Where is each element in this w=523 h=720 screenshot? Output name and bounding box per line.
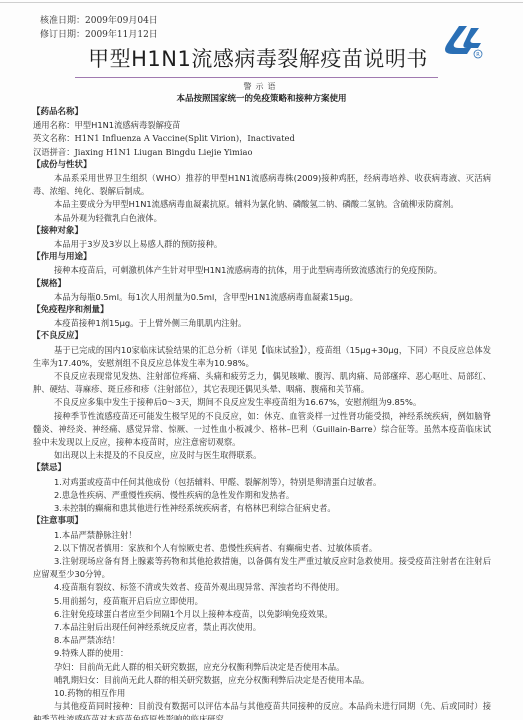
document-body: 【药品名称】 通用名称：甲型H1N1流感病毒裂解疫苗 英文名称：H1N1 Inf… [33, 106, 491, 720]
dates-block: 核准日期：2009年09月04日 修订日期：2009年11月12日 [40, 14, 158, 42]
list-item: 9.特殊人群的使用： [33, 647, 491, 660]
paragraph: 不良反应多集中发生于接种后0～3天，期间不良反应发生率疫苗组为16.67%，安慰… [33, 396, 491, 409]
list-item: 哺乳期妇女：目前尚无此人群的相关研究数据，应充分权衡利弊后决定是否使用本品。 [33, 674, 491, 687]
section-spec: 【规格】 本品为每瓶0.5ml。每1次人用剂量为0.5ml，含甲型H1N1流感病… [33, 278, 491, 304]
approval-date: 核准日期：2009年09月04日 [40, 14, 158, 28]
paragraph: 与其他疫苗同时接种：目前没有数据可以评估本品与其他疫苗共同接种的反应。本品尚未进… [33, 700, 491, 720]
list-item: 1.对鸡蛋或疫苗中任何其他成份（包括辅料、甲醛、裂解剂等），特别是卵清蛋白过敏者… [33, 476, 491, 489]
list-item: 10.药物的相互作用 [33, 687, 491, 700]
paragraph: 本疫苗接种1剂15μg。于上臂外侧三角肌肌内注射。 [33, 317, 491, 330]
paragraph: 本品系采用世界卫生组织（WHO）推荐的甲型H1N1流感病毒株(2009)接种鸡胚… [33, 172, 491, 198]
list-item: 7.本品注射后出现任何神经系统反应者，禁止再次使用。 [33, 621, 491, 634]
section-composition: 【成份与性状】 本品系采用世界卫生组织（WHO）推荐的甲型H1N1流感病毒株(2… [33, 159, 491, 225]
title-divider [75, 77, 438, 78]
list-item: 2.以下情况者慎用：家族和个人有惊厥史者、患慢性疾病者、有癫痫史者、过敏体质者。 [33, 542, 491, 555]
section-heading: 【注意事项】 [32, 515, 491, 528]
list-item: 3.注射现场应备有肾上腺素等药物和其他抢救措施，以备偶有发生严重过敏反应时急救使… [33, 555, 491, 581]
paragraph: 不良反应表现常见发热、注射部位疼痛、头痛和疲劳乏力，偶见咳嗽、腹泻、肌肉痛、局部… [33, 370, 491, 396]
page-title: 甲型H1N1流感病毒裂解疫苗说明书 [78, 46, 438, 72]
section-usage: 【作用与用途】 接种本疫苗后，可刺激机体产生针对甲型H1N1流感病毒的抗体，用于… [33, 251, 491, 277]
section-heading: 【药品名称】 [32, 106, 491, 119]
paragraph: 本品主要成分为甲型H1N1流感病毒血凝素抗原。辅料为氯化钠、磷酸氢二钠、磷酸二氢… [33, 198, 491, 211]
section-dosage: 【免疫程序和剂量】 本疫苗接种1剂15μg。于上臂外侧三角肌肌内注射。 [33, 304, 491, 330]
list-item: 8.本品严禁冻结！ [33, 634, 491, 647]
generic-name: 通用名称：甲型H1N1流感病毒裂解疫苗 [33, 119, 491, 132]
section-heading: 【接种对象】 [32, 225, 491, 238]
revision-date: 修订日期：2009年11月12日 [40, 28, 158, 42]
section-drug-name: 【药品名称】 通用名称：甲型H1N1流感病毒裂解疫苗 英文名称：H1N1 Inf… [33, 106, 491, 159]
list-item: 2.患急性疾病、严重慢性疾病、慢性疾病的急性发作期和发热者。 [33, 489, 491, 502]
company-logo-icon: R [441, 24, 483, 60]
document-page: 核准日期：2009年09月04日 修订日期：2009年11月12日 R 甲型H1… [0, 0, 523, 720]
list-item: 1.本品严禁静脉注射！ [33, 529, 491, 542]
paragraph: 本品为每瓶0.5ml。每1次人用剂量为0.5ml，含甲型H1N1流感病毒血凝素1… [33, 291, 491, 304]
section-precautions: 【注意事项】 1.本品严禁静脉注射！ 2.以下情况者慎用：家族和个人有惊厥史者、… [33, 515, 491, 720]
list-item: 6.注射免疫球蛋白者应至少间隔1个月以上接种本疫苗，以免影响免疫效果。 [33, 608, 491, 621]
pinyin-name: 汉语拼音：Jiaxing H1N1 Liugan Bingdu Liejie Y… [33, 146, 491, 159]
paragraph: 接种季节性流感疫苗还可能发生极罕见的不良反应，如：休克、血管炎样一过性肾功能受损… [33, 410, 491, 450]
english-name: 英文名称：H1N1 Influenza A Vaccine(Split Viri… [33, 132, 491, 145]
list-item: 4.疫苗瓶有裂纹、标签不清或失效者、疫苗外观出现异常、浑浊者均不得使用。 [33, 581, 491, 594]
section-heading: 【作用与用途】 [32, 251, 491, 264]
warning-heading: 警示语 [0, 81, 523, 92]
section-target: 【接种对象】 本品用于3岁及3岁以上易感人群的预防接种。 [33, 225, 491, 251]
list-item: 孕妇：目前尚无此人群的相关研究数据，应充分权衡利弊后决定是否使用本品。 [33, 661, 491, 674]
section-adverse-reactions: 【不良反应】 基于已完成的国内10家临床试验结果的汇总分析（详见【临床试验】），… [33, 330, 491, 462]
list-item: 5.用前摇匀，疫苗瓶开启后应立即使用。 [33, 595, 491, 608]
paragraph: 接种本疫苗后，可刺激机体产生针对甲型H1N1流感病毒的抗体，用于此型病毒所致流感… [33, 264, 491, 277]
paragraph: 基于已完成的国内10家临床试验结果的汇总分析（详见【临床试验】），疫苗组（15μ… [33, 344, 491, 370]
section-heading: 【规格】 [32, 278, 491, 291]
section-heading: 【免疫程序和剂量】 [32, 304, 491, 317]
section-heading: 【不良反应】 [32, 330, 491, 343]
paragraph: 本品外观为轻微乳白色液体。 [33, 212, 491, 225]
section-heading: 【成份与性状】 [32, 159, 491, 172]
section-contraindications: 【禁忌】 1.对鸡蛋或疫苗中任何其他成份（包括辅料、甲醛、裂解剂等），特别是卵清… [33, 462, 491, 515]
section-heading: 【禁忌】 [32, 462, 491, 475]
svg-text:R: R [476, 52, 480, 58]
scan-edge-line [0, 2, 523, 3]
paragraph: 如出现以上未提及的不良反应，应及时与医生取得联系。 [33, 449, 491, 462]
paragraph: 本品用于3岁及3岁以上易感人群的预防接种。 [33, 238, 491, 251]
list-item: 3.未控制的癫痫和患其他进行性神经系统疾病者，有格林巴利综合征病史者。 [33, 502, 491, 515]
warning-text: 本品按照国家统一的免疫策略和接种方案使用 [0, 92, 523, 104]
